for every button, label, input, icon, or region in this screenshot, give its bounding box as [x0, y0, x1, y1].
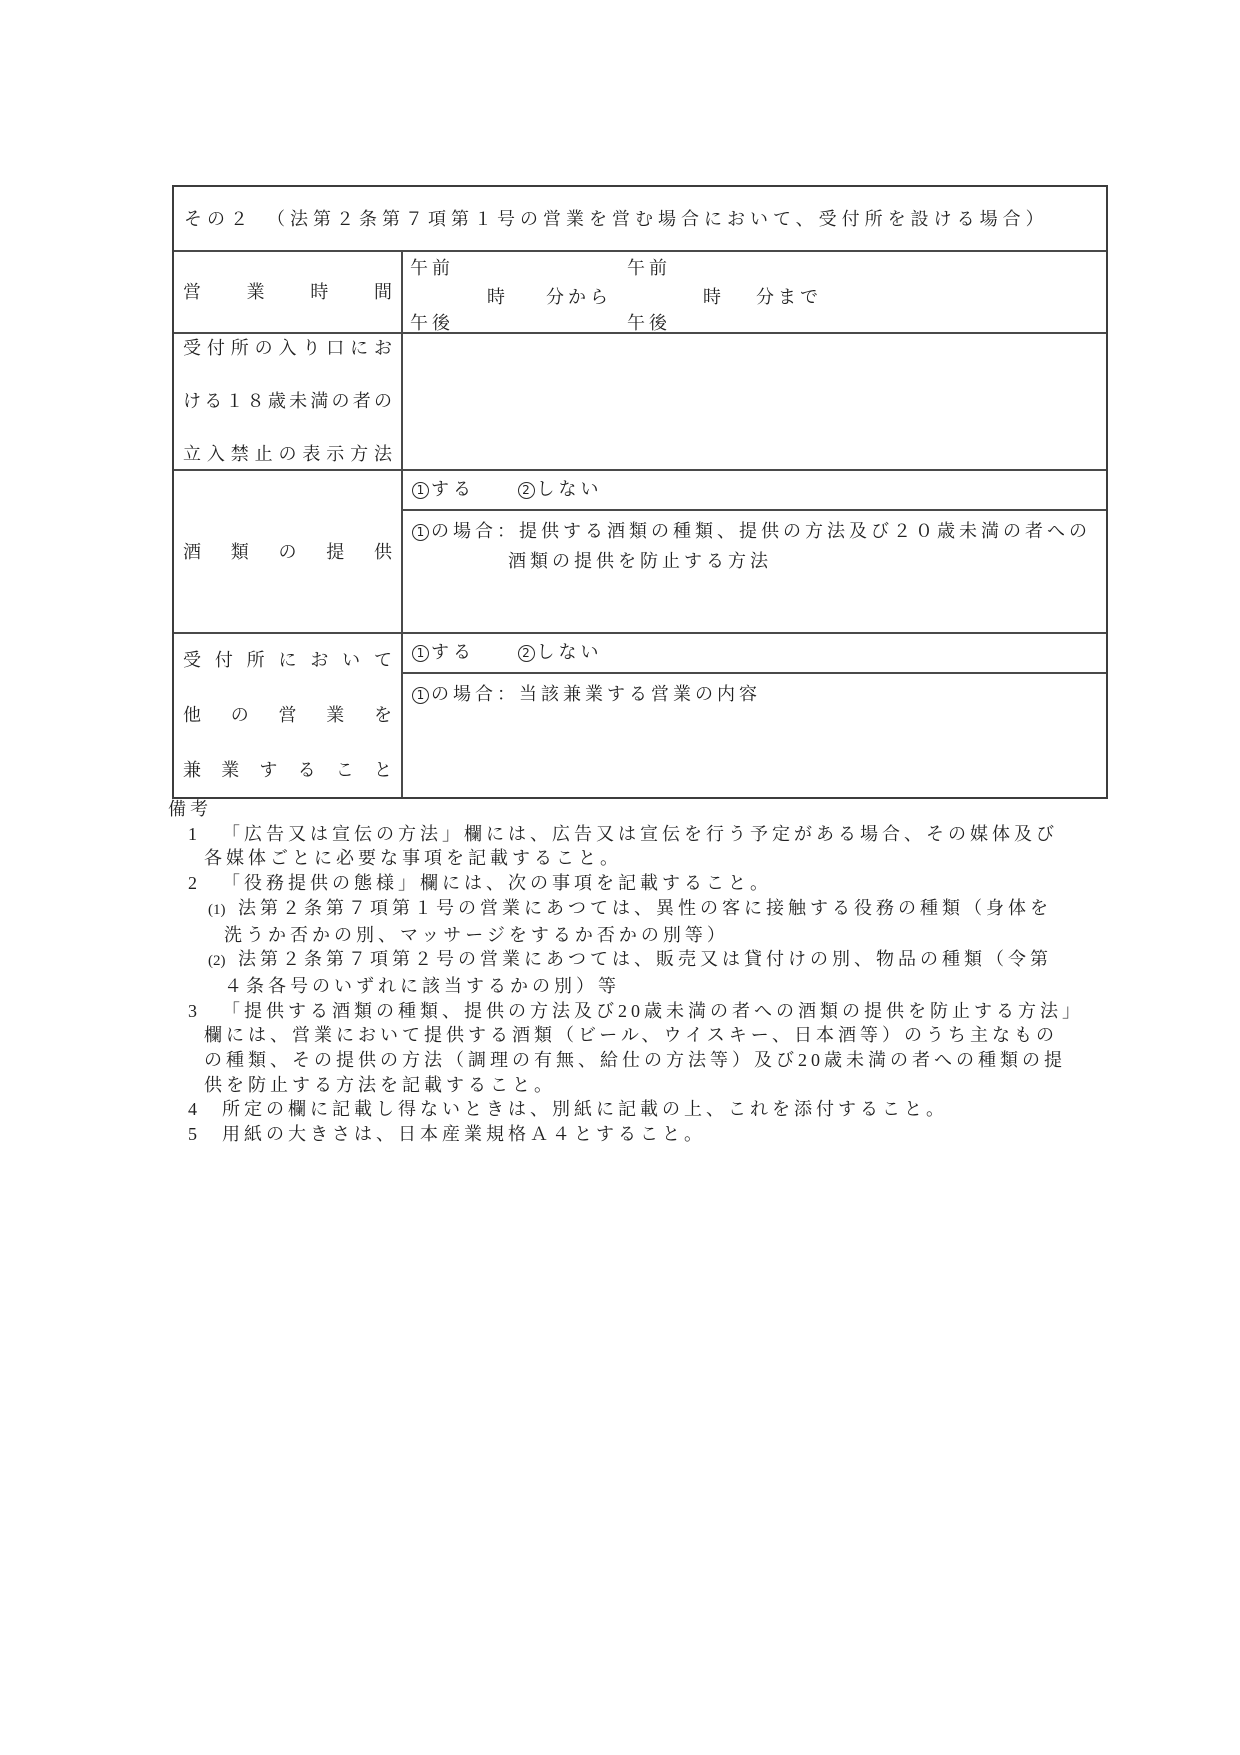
hour-from-label: 時	[487, 288, 509, 306]
alcohol-case-line2: 酒類の提供を防止する方法	[508, 552, 1106, 570]
alcohol-service-field: 1する 2しない 1の場合：提供する酒類の種類、提供の方法及び２０歳未満の者への…	[403, 471, 1106, 632]
form-section-title: その２ （法第２条第７項第１号の営業を営む場合において、受付所を設ける場合）	[174, 187, 1106, 250]
alcohol-case-line1: 1の場合：提供する酒類の種類、提供の方法及び２０歳未満の者への	[412, 522, 1106, 541]
note-text: ４条各号のいずれに該当するかの別）等	[224, 976, 620, 996]
side-business-options: 1する 2しない	[403, 634, 1106, 674]
notes-section: 備考 1「広告又は宣伝の方法」欄には、広告又は宣伝を行う予定がある場合、その媒体…	[168, 797, 1218, 1147]
am-from-label: 午前	[410, 259, 454, 277]
note-number: 5	[188, 1122, 222, 1147]
business-hours-label: 営業時間	[183, 283, 392, 301]
minute-to-label: 分まで	[756, 288, 822, 306]
business-hours-field: 午前 午前 時 分から 時 分まで 午後 午後	[403, 252, 1106, 332]
note-text: 用紙の大きさは、日本産業規格Ａ４とすること。	[222, 1124, 706, 1144]
note-text: 洗うか否かの別、マッサージをするか否かの別等）	[224, 925, 729, 945]
side-business-label-line2: 他の営業を	[183, 688, 392, 743]
scanned-document-page: その２ （法第２条第７項第１号の営業を営む場合において、受付所を設ける場合） 営…	[0, 0, 1240, 1755]
note-sub-number: (2)	[208, 949, 238, 974]
circled-one-icon: 1	[412, 482, 429, 499]
side-business-case-text: の場合：当該兼業する営業の内容	[431, 684, 761, 704]
minor-entry-ban-label-line1: 受付所の入り口にお	[183, 322, 392, 375]
pm-from-label: 午後	[410, 314, 454, 332]
note-item-3-cont: 供を防止する方法を記載すること。	[168, 1073, 1218, 1098]
side-business-option-no: しない	[537, 642, 603, 662]
minor-entry-ban-row: 受付所の入り口にお ける１８歳未満の者の 立入禁止の表示方法	[174, 332, 1106, 469]
business-hours-label-cell: 営業時間	[174, 252, 403, 332]
note-subitem-1: (1)法第２条第７項第１号の営業にあつては、異性の客に接触する役務の種類（身体を	[168, 896, 1218, 923]
circled-one-icon: 1	[412, 524, 429, 541]
side-business-field: 1する 2しない 1の場合：当該兼業する営業の内容	[403, 634, 1106, 797]
note-item-1-cont: 各媒体ごとに必要な事項を記載すること。	[168, 846, 1218, 871]
circled-one-icon: 1	[412, 645, 429, 662]
minor-entry-ban-field	[403, 334, 1106, 469]
note-text: 各媒体ごとに必要な事項を記載すること。	[204, 848, 622, 868]
note-number: 3	[188, 999, 222, 1024]
note-item-1: 1「広告又は宣伝の方法」欄には、広告又は宣伝を行う予定がある場合、その媒体及び	[168, 822, 1218, 847]
side-business-option-yes: する	[431, 642, 475, 662]
alcohol-case-field: 1の場合：提供する酒類の種類、提供の方法及び２０歳未満の者への 酒類の提供を防止…	[403, 511, 1106, 632]
note-text: の種類、その提供の方法（調理の有無、給仕の方法等）及び20歳未満の者への種類の提	[204, 1050, 1066, 1070]
note-item-2: 2「役務提供の態様」欄には、次の事項を記載すること。	[168, 871, 1218, 896]
minor-entry-ban-label-cell: 受付所の入り口にお ける１８歳未満の者の 立入禁止の表示方法	[174, 334, 403, 469]
alcohol-service-label-cell: 酒類の提供	[174, 471, 403, 632]
circled-two-icon: 2	[518, 482, 535, 499]
note-item-3-cont: 欄には、営業において提供する酒類（ビール、ウイスキー、日本酒等）のうち主なもの	[168, 1023, 1218, 1048]
note-number: 1	[188, 822, 222, 847]
side-business-label-line1: 受付所において	[183, 633, 392, 688]
alcohol-option-yes: する	[431, 479, 475, 499]
note-text: 欄には、営業において提供する酒類（ビール、ウイスキー、日本酒等）のうち主なもの	[204, 1025, 1058, 1045]
note-item-4: 4所定の欄に記載し得ないときは、別紙に記載の上、これを添付すること。	[168, 1097, 1218, 1122]
note-item-3: 3「提供する酒類の種類、提供の方法及び20歳未満の者への酒類の提供を防止する方法…	[168, 999, 1218, 1024]
note-text: 「提供する酒類の種類、提供の方法及び20歳未満の者への酒類の提供を防止する方法」	[222, 1001, 1084, 1021]
note-subitem-2-cont: ４条各号のいずれに該当するかの別）等	[168, 974, 1218, 999]
pm-to-label: 午後	[627, 314, 671, 332]
note-text: 法第２条第７項第２号の営業にあつては、販売又は貸付けの別、物品の種類（令第	[238, 949, 1052, 969]
note-subitem-2: (2)法第２条第７項第２号の営業にあつては、販売又は貸付けの別、物品の種類（令第	[168, 947, 1218, 974]
note-text: 法第２条第７項第１号の営業にあつては、異性の客に接触する役務の種類（身体を	[238, 898, 1052, 918]
notes-heading: 備考	[168, 797, 1218, 822]
alcohol-options: 1する 2しない	[403, 471, 1106, 511]
side-business-label-line3: 兼業すること	[183, 743, 392, 798]
note-text: 「役務提供の態様」欄には、次の事項を記載すること。	[222, 873, 772, 893]
side-business-row: 受付所において 他の営業を 兼業すること 1する 2しない 1の場合：当該兼業す…	[174, 632, 1106, 797]
side-business-case-line1: 1の場合：当該兼業する営業の内容	[412, 685, 1106, 704]
circled-one-icon: 1	[412, 687, 429, 704]
side-business-label-cell: 受付所において 他の営業を 兼業すること	[174, 634, 403, 797]
side-business-case-field: 1の場合：当該兼業する営業の内容	[403, 674, 1106, 797]
note-text: 供を防止する方法を記載すること。	[204, 1075, 556, 1095]
note-text: 「広告又は宣伝の方法」欄には、広告又は宣伝を行う予定がある場合、その媒体及び	[222, 824, 1058, 844]
minute-from-label: 分から	[546, 288, 612, 306]
note-sub-number: (1)	[208, 898, 238, 923]
business-hours-row: 営業時間 午前 午前 時 分から 時 分まで 午後 午後	[174, 250, 1106, 332]
note-subitem-1-cont: 洗うか否かの別、マッサージをするか否かの別等）	[168, 923, 1218, 948]
alcohol-service-row: 酒類の提供 1する 2しない 1の場合：提供する酒類の種類、提供の方法及び２０歳…	[174, 469, 1106, 632]
note-text: 所定の欄に記載し得ないときは、別紙に記載の上、これを添付すること。	[222, 1099, 948, 1119]
alcohol-option-no: しない	[537, 479, 603, 499]
am-to-label: 午前	[627, 259, 671, 277]
note-item-5: 5用紙の大きさは、日本産業規格Ａ４とすること。	[168, 1122, 1218, 1147]
note-number: 4	[188, 1097, 222, 1122]
alcohol-case-text: の場合：提供する酒類の種類、提供の方法及び２０歳未満の者への	[431, 521, 1091, 541]
alcohol-service-label: 酒類の提供	[183, 543, 392, 561]
form-title-row: その２ （法第２条第７項第１号の営業を営む場合において、受付所を設ける場合）	[174, 187, 1106, 250]
circled-two-icon: 2	[518, 645, 535, 662]
minor-entry-ban-label-line2: ける１８歳未満の者の	[183, 375, 392, 428]
note-item-3-cont: の種類、その提供の方法（調理の有無、給仕の方法等）及び20歳未満の者への種類の提	[168, 1048, 1218, 1073]
application-form-table: その２ （法第２条第７項第１号の営業を営む場合において、受付所を設ける場合） 営…	[172, 185, 1108, 799]
note-number: 2	[188, 871, 222, 896]
hour-to-label: 時	[703, 288, 725, 306]
